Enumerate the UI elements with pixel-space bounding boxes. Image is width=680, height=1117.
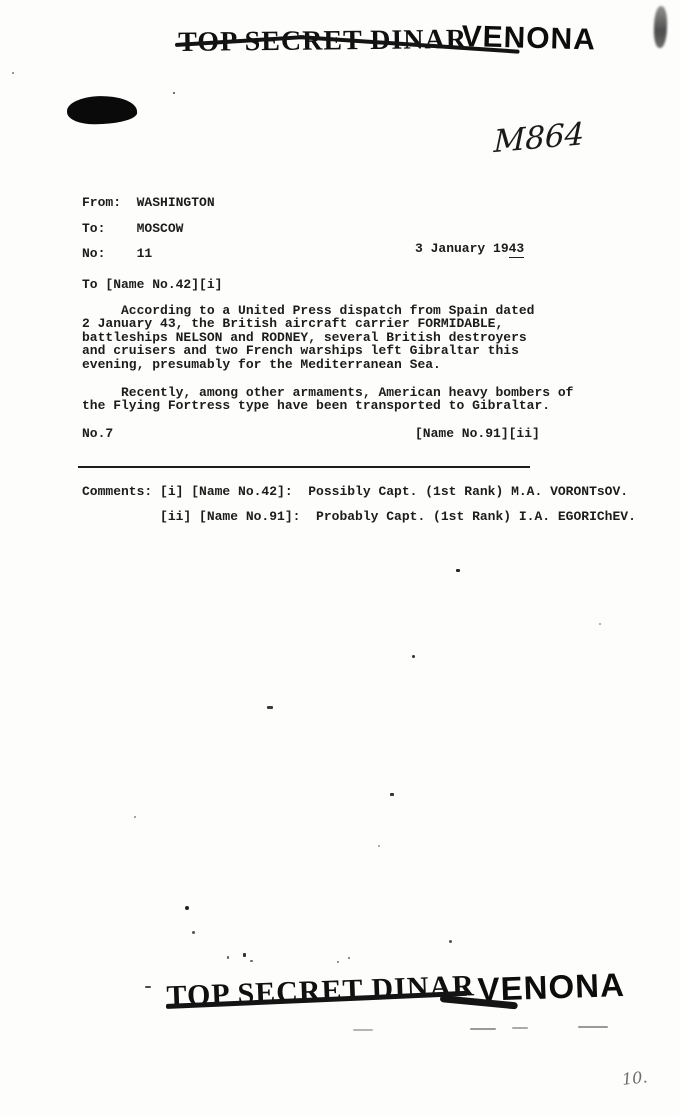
faint-dash	[470, 1028, 496, 1030]
message-number: No.7	[82, 427, 113, 440]
ink-speck	[449, 940, 452, 943]
redaction-mark	[67, 95, 138, 125]
date-line: 3 January 1943	[415, 242, 524, 255]
comment-line-1: Comments: [i] [Name No.42]: Possibly Cap…	[82, 484, 628, 499]
comments-block: Comments: [i] [Name No.42]: Possibly Cap…	[82, 480, 636, 529]
ink-speck	[243, 953, 246, 957]
ink-speck	[192, 931, 195, 934]
paragraph-2: Recently, among other armaments, America…	[82, 386, 573, 413]
faint-dash	[353, 1029, 373, 1031]
page-number: 10.	[621, 1067, 648, 1089]
number-line: No: 11	[82, 246, 152, 261]
ink-speck	[599, 623, 601, 625]
ink-speck	[267, 706, 273, 709]
ink-speck	[134, 816, 136, 818]
faint-dash	[512, 1027, 528, 1029]
ink-speck	[250, 960, 253, 962]
ink-speck	[348, 957, 350, 959]
ink-speck	[378, 845, 380, 847]
scan-smudge	[653, 6, 667, 48]
separator-rule	[78, 466, 530, 468]
ink-speck	[173, 92, 175, 94]
ink-speck	[227, 956, 229, 959]
to-line: To: MOSCOW	[82, 221, 183, 236]
ink-speck	[12, 72, 14, 74]
paragraph-1: According to a United Press dispatch fro…	[82, 304, 534, 371]
ink-speck	[412, 655, 415, 658]
signature: [Name No.91][ii]	[415, 427, 540, 440]
ink-speck	[145, 986, 151, 988]
document-page: TOP SECRET DINAR VENONA M864 From: WASHI…	[0, 0, 680, 1117]
handwritten-number: M864	[493, 116, 584, 160]
message-header: From: WASHINGTONTo: MOSCOWNo: 11	[82, 190, 215, 267]
from-line: From: WASHINGTON	[82, 195, 215, 210]
top-venona-stamp: VENONA	[461, 20, 596, 58]
faint-dash	[578, 1026, 608, 1028]
date-underlined-digits: 43	[509, 241, 525, 258]
ink-speck	[185, 906, 189, 910]
ink-speck	[456, 569, 460, 572]
ink-speck	[337, 961, 339, 963]
salutation: To [Name No.42][i]	[82, 278, 222, 291]
comment-line-2: [ii] [Name No.91]: Probably Capt. (1st R…	[82, 509, 636, 524]
ink-speck	[390, 793, 394, 796]
date-prefix: 3 January 19	[415, 241, 509, 256]
